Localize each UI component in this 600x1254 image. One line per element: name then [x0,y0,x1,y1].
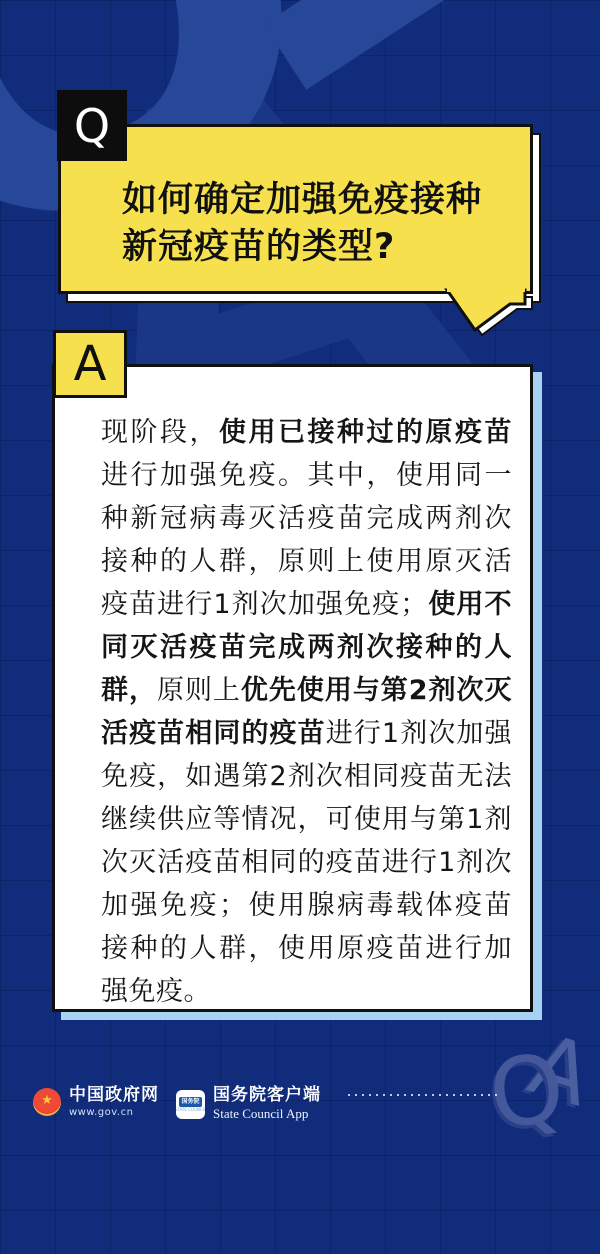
app-text-block: 国务院客户端 State Council App [213,1086,321,1122]
dotted-divider [348,1094,498,1096]
question-text-line1: 如何确定加强免疫接种 [122,177,512,224]
tail-join [447,288,525,292]
qa-logo: A Q [482,1022,600,1162]
app-subtitle: State Council App [213,1106,321,1122]
question-badge-letter: Q [74,99,110,153]
question-bubble: 如何确定加强免疫接种 新冠疫苗的类型? [58,124,533,294]
answer-text: 现阶段，使用已接种过的原疫苗进行加强免疫。其中，使用同一种新冠病毒灭活疫苗完成两… [101,411,512,1013]
app-name: 国务院客户端 [213,1086,321,1105]
gov-text-block: 中国政府网 www.gov.cn [69,1086,159,1118]
gov-site-name: 中国政府网 [69,1086,159,1105]
national-emblem-icon: ★ [33,1088,61,1116]
answer-card: 现阶段，使用已接种过的原疫苗进行加强免疫。其中，使用同一种新冠病毒灭活疫苗完成两… [52,364,533,1012]
question-badge: Q [57,90,127,161]
answer-badge: A [53,330,127,398]
footer-gov-block: ★ 中国政府网 www.gov.cn [33,1086,159,1118]
state-council-app-icon: 国务院 STATE COUNCIL [176,1090,205,1119]
watermark-diagonal-band [264,0,600,90]
question-text-line2: 新冠疫苗的类型? [122,224,512,271]
answer-badge-letter: A [74,336,107,392]
bubble-tail [435,288,545,344]
emblem-star-icon: ★ [41,1094,53,1107]
app-icon-sublabel: STATE COUNCIL [176,1108,205,1112]
footer-app-block: 国务院 STATE COUNCIL 国务院客户端 State Council A… [176,1086,321,1122]
qa-poster: A Q 如何确定加强免疫接种 新冠疫苗的类型? Q 现阶段，使用已接种过的原疫苗… [0,0,600,1254]
bubble-body: 如何确定加强免疫接种 新冠疫苗的类型? [58,124,533,294]
qa-logo-q-icon: Q [485,1042,570,1144]
app-icon-label: 国务院 [179,1097,201,1107]
gov-site-url: www.gov.cn [69,1107,159,1118]
card-body: 现阶段，使用已接种过的原疫苗进行加强免疫。其中，使用同一种新冠病毒灭活疫苗完成两… [52,364,533,1012]
